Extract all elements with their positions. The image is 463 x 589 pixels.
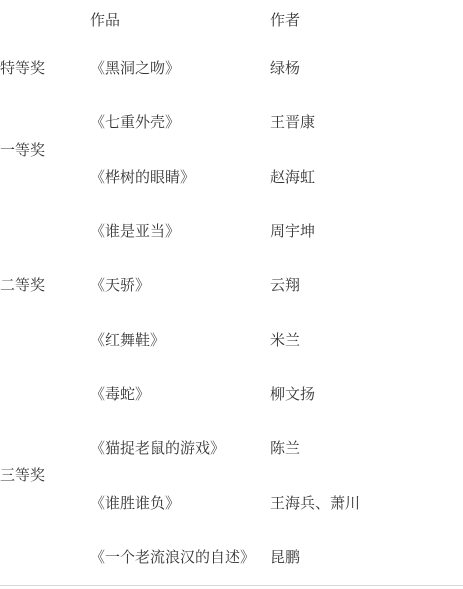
awards-page: 作品 作者 特等奖 《黑洞之吻》 绿杨 一等奖 《七重外壳》 王晋康 《桦树的眼… (0, 0, 463, 589)
work-cell: 《七重外壳》 (90, 96, 270, 150)
award-cell-first-prize: 一等奖 (0, 96, 90, 205)
author-cell: 王海兵、萧川 (270, 476, 463, 530)
author-cell: 王晋康 (270, 96, 463, 150)
work-cell: 《红舞鞋》 (90, 313, 270, 367)
author-cell: 云翔 (270, 259, 463, 313)
work-cell: 《一个老流浪汉的自述》 (90, 531, 270, 585)
bottom-divider (0, 585, 463, 586)
column-header-work: 作品 (90, 0, 270, 42)
author-cell: 赵海虹 (270, 151, 463, 205)
author-cell: 昆鹏 (270, 531, 463, 585)
author-cell: 柳文扬 (270, 368, 463, 422)
table-header-row: 作品 作者 (0, 0, 463, 42)
author-cell: 米兰 (270, 313, 463, 367)
awards-table: 作品 作者 特等奖 《黑洞之吻》 绿杨 一等奖 《七重外壳》 王晋康 《桦树的眼… (0, 0, 463, 585)
award-cell-special-prize: 特等奖 (0, 42, 90, 96)
work-cell: 《天骄》 (90, 259, 270, 313)
work-cell: 《猫捉老鼠的游戏》 (90, 422, 270, 476)
work-cell: 《黑洞之吻》 (90, 42, 270, 96)
work-cell: 《桦树的眼睛》 (90, 151, 270, 205)
work-cell: 《谁是亚当》 (90, 205, 270, 259)
author-cell: 绿杨 (270, 42, 463, 96)
author-cell: 陈兰 (270, 422, 463, 476)
table-row: 一等奖 《七重外壳》 王晋康 (0, 96, 463, 150)
award-cell-second-prize: 二等奖 (0, 205, 90, 368)
work-cell: 《谁胜谁负》 (90, 476, 270, 530)
table-row: 特等奖 《黑洞之吻》 绿杨 (0, 42, 463, 96)
work-cell: 《毒蛇》 (90, 368, 270, 422)
column-header-award (0, 0, 90, 42)
table-row: 二等奖 《谁是亚当》 周宇坤 (0, 205, 463, 259)
award-cell-third-prize: 三等奖 (0, 368, 90, 585)
table-row: 三等奖 《毒蛇》 柳文扬 (0, 368, 463, 422)
column-header-author: 作者 (270, 0, 463, 42)
author-cell: 周宇坤 (270, 205, 463, 259)
